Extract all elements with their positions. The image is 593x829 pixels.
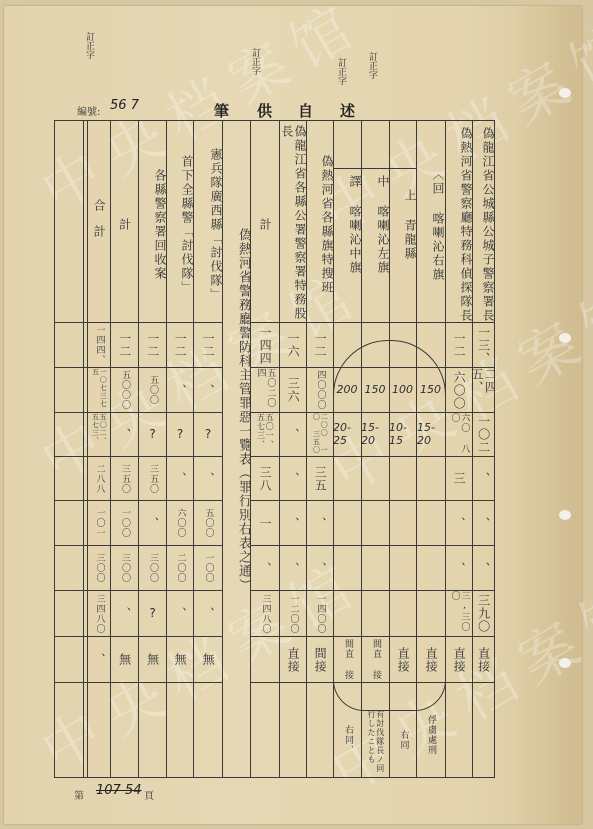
table-cell: 三四八〇 [87, 591, 110, 636]
table-cell: ? [138, 413, 166, 456]
column-header: 計 [250, 121, 279, 325]
table-cell: 、 [166, 591, 193, 636]
table-cell: 三六 [279, 368, 306, 412]
table-cell: 三四八〇 [250, 591, 279, 636]
table-cell: 一二 [138, 323, 166, 367]
table-cell: 150 [417, 368, 444, 412]
table-cell: 無 [166, 637, 193, 682]
table-cell: 無 [138, 637, 166, 682]
crime-summary-table: 偽龍江省公城縣公城子警察署長 一三、 二四五、 一〇二 、 、 、 三九〇 直接… [0, 0, 593, 829]
table-cell: 、 [110, 413, 138, 456]
table-cell: 一四四 [250, 323, 279, 367]
table-cell: 、 [279, 457, 306, 500]
table-cell: 俘虜處刑 [416, 700, 444, 770]
table-cell: 100 [389, 368, 416, 412]
table-cell: 直接 [445, 637, 472, 682]
table-cell: 右同、 [333, 710, 361, 770]
table-cell: 一四〇〇 [306, 591, 333, 636]
column-divider [83, 120, 84, 778]
table-cell: 五〇二〇四 [250, 368, 279, 412]
table-cell: 間直 接 [361, 637, 389, 682]
table-cell: 三五 [306, 457, 333, 500]
table-border-left [54, 120, 55, 778]
table-cell: 一三、 [472, 323, 494, 367]
table-cell: 、 [472, 546, 494, 590]
table-cell: 三,三〇〇 [445, 591, 472, 636]
table-cell: 右同 [389, 710, 416, 770]
summary-title: 偽熱河省警務廳警防科主管罪惡一覽表（罪行別右表之通） [222, 130, 250, 690]
table-cell: 五〇〇〇 [110, 368, 138, 412]
table-cell: ? [193, 413, 222, 456]
table-cell: 二〇〇 一〇 三五〇 [306, 413, 333, 456]
table-border-right [494, 120, 495, 778]
table-cell: 一 [250, 501, 279, 545]
column-header: 〈回 喀喇沁右旗 [417, 121, 444, 325]
table-cell: 二四五、 [472, 368, 494, 412]
column-header: 偽龍江省各縣公署警察署特務股長 [279, 121, 306, 325]
table-cell: 一二〇〇 [279, 591, 306, 636]
table-cell: 、 [279, 413, 306, 456]
column-header: 偽熱河省各縣旗特搜班 [306, 121, 333, 325]
table-cell: 三〇〇 [138, 546, 166, 590]
table-cell: 、 [166, 457, 193, 500]
table-cell: 150 [361, 368, 389, 412]
table-cell: 四〇〇〇 [306, 368, 333, 412]
table-cell: 、 [279, 546, 306, 590]
column-header: 合計 [87, 121, 110, 325]
column-header: 憲兵隊廣西縣「討伐隊」 [193, 121, 222, 325]
table-cell: 、 [193, 368, 222, 412]
column-header: 中 喀喇沁左旗 [361, 121, 389, 325]
table-cell: 一二 [306, 323, 333, 367]
table-cell: 二〇〇 [166, 546, 193, 590]
table-cell: 直接 [389, 637, 416, 682]
page-number: 107 54 [96, 783, 142, 798]
table-cell: 三五〇 [110, 457, 138, 500]
table-cell: 10-15 [389, 413, 416, 456]
column-header: 偽熱河省警察廳特務科偵探隊長 [445, 121, 472, 325]
table-cell: 一二 [445, 323, 472, 367]
table-cell: 、 [472, 457, 494, 500]
table-cell: 無 [193, 637, 222, 682]
table-cell: 一〇〇 [110, 501, 138, 545]
table-cell: 一四四、 [87, 323, 110, 367]
table-cell [472, 683, 494, 777]
table-cell: 、 [193, 591, 222, 636]
table-cell: 一二 [193, 323, 222, 367]
table-cell: 一二 [166, 323, 193, 367]
table-cell: 三八 [250, 457, 279, 500]
column-header: 譯 喀喇沁中旗 [333, 121, 361, 325]
table-cell: 一〇一 [87, 501, 110, 545]
table-cell: 、 [193, 457, 222, 500]
table-cell: 、 [166, 368, 193, 412]
column-header: 偽龍江省公城縣公城子警察署長 [472, 121, 494, 325]
table-cell: 五〇〇 [138, 368, 166, 412]
table-cell: ? [138, 591, 166, 636]
table-cell: 五〇二、 五七三、 [87, 413, 110, 456]
table-cell: 、 [445, 501, 472, 545]
table-cell: 無 [110, 637, 138, 682]
table-cell: 三九〇 [472, 591, 494, 636]
table-cell: 六〇〇 [166, 501, 193, 545]
table-cell: 、 [306, 546, 333, 590]
table-cell: 、 [138, 501, 166, 545]
table-cell: 一六 [279, 323, 306, 367]
table-cell: 20-25 [333, 413, 361, 456]
table-cell: 直接 [279, 637, 306, 682]
table-cell: 、 [110, 591, 138, 636]
page-prefix: 第 [74, 787, 84, 802]
table-cell: 直接 [417, 637, 444, 682]
table-cell: 直接 [472, 637, 494, 682]
table-cell: 三五〇 [138, 457, 166, 500]
table-cell: 有討伐隊長ノ同行したことも [361, 710, 389, 776]
table-cell: 三 [445, 457, 472, 500]
table-cell: 六〇〇 [445, 368, 472, 412]
table-cell: 一〇二 [472, 413, 494, 456]
column-header: 上 青龍縣 [389, 121, 416, 325]
table-cell: 、 [472, 501, 494, 545]
page-suffix: 頁 [144, 787, 154, 802]
column-header: 各縣警察署回收案 [138, 121, 166, 325]
column-header: 首下全縣警「討伐隊」 [166, 121, 193, 325]
table-cell: 、 [87, 637, 110, 682]
table-cell: 15-20 [361, 413, 389, 456]
row-divider [54, 682, 222, 683]
table-cell: 15-20 [417, 413, 444, 456]
table-cell: 一〇〇 [193, 546, 222, 590]
table-cell: 、 [306, 501, 333, 545]
table-cell: 五〇一、 五七三、 [250, 413, 279, 456]
table-cell: 間接 [306, 637, 333, 682]
table-cell: 200 [333, 368, 361, 412]
table-cell: 、 [250, 546, 279, 590]
table-cell: 三〇〇 [87, 546, 110, 590]
table-cell: 間直 接 [333, 637, 361, 682]
table-cell: 六〇 八〇 [445, 413, 472, 456]
table-cell: 一二 [110, 323, 138, 367]
table-cell: ? [166, 413, 193, 456]
table-cell: 二八八 [87, 457, 110, 500]
table-cell: 一〇七三七五 [87, 368, 110, 412]
table-border-bottom [54, 777, 495, 778]
table-cell: 五〇〇 [193, 501, 222, 545]
column-header: 計 [110, 121, 138, 325]
table-cell: 、 [279, 501, 306, 545]
table-cell: 、 [445, 546, 472, 590]
table-cell: 三〇〇 [110, 546, 138, 590]
